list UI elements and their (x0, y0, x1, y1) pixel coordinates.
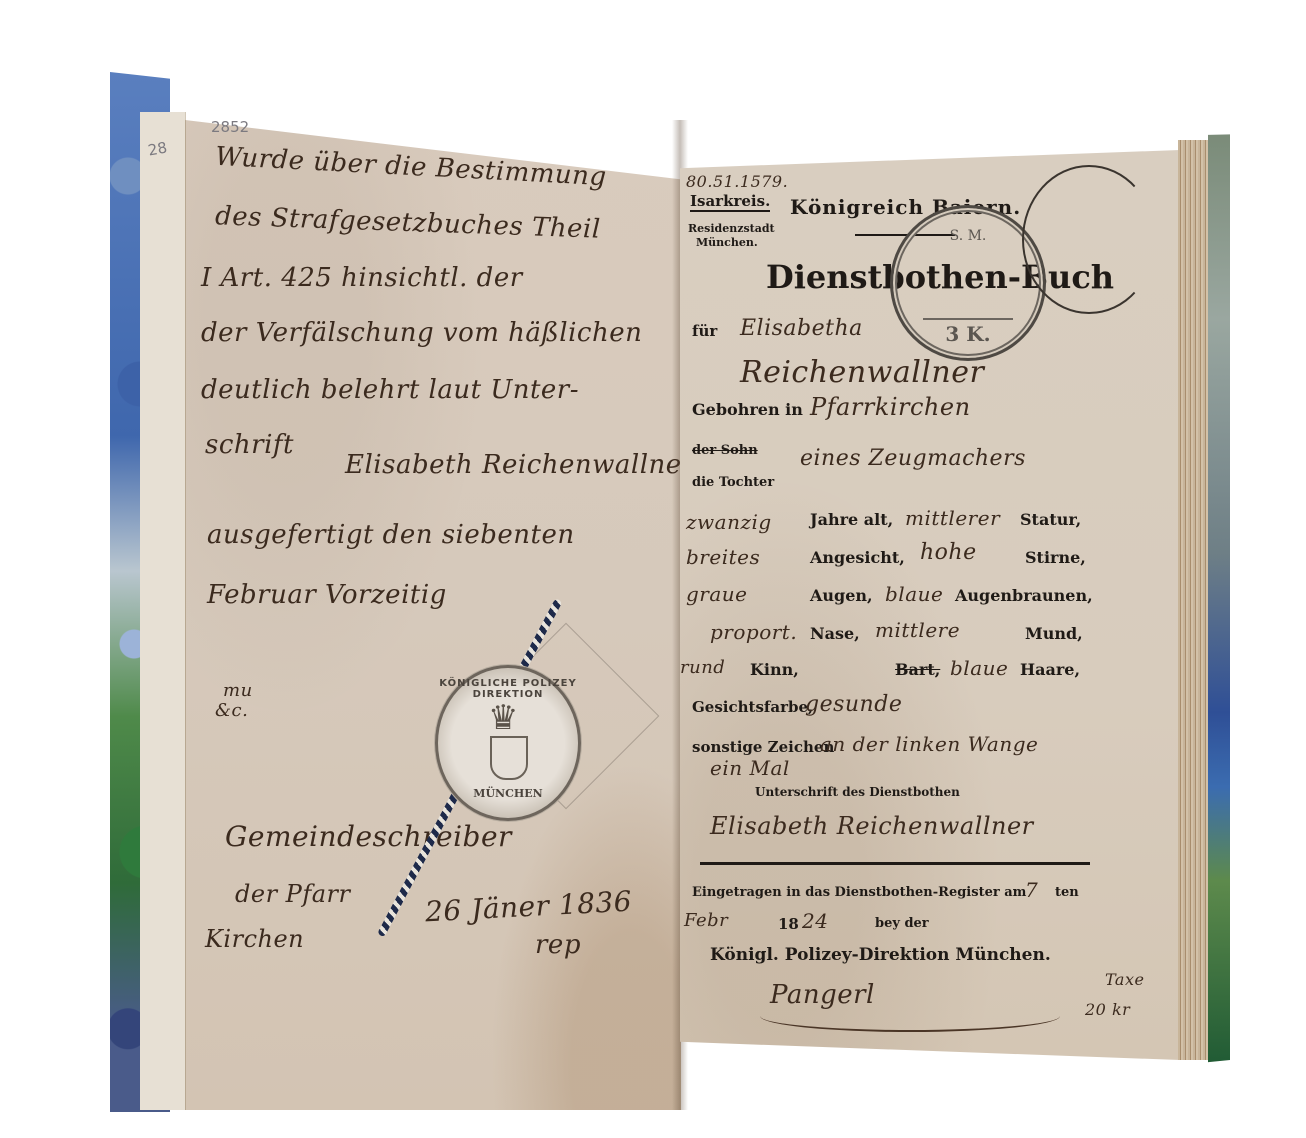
stature-label: Statur, (1020, 510, 1081, 529)
small-mark-1: mu (223, 680, 253, 701)
stature-value: mittlerer (905, 506, 1000, 530)
mouth-value: mittlere (875, 618, 960, 642)
face-value: breites (686, 545, 760, 569)
nose-value: proport. (710, 620, 797, 644)
handwriting-line-6: schrift (205, 430, 294, 460)
face-label: Angesicht, (810, 548, 905, 567)
signature-flourish (760, 1000, 1060, 1032)
registry-day-suffix: ten (1055, 885, 1079, 900)
first-name-value: Elisabetha (740, 316, 863, 341)
forehead-value: hohe (920, 540, 977, 565)
city-line-1: Residenzstadt (688, 222, 775, 235)
servant-signature-value: Elisabeth Reichenwallner (710, 812, 1034, 840)
registry-day: 7 (1025, 878, 1038, 902)
corner-note-2: 20 kr (1085, 1000, 1130, 1019)
crown-icon: ♛ (488, 698, 518, 738)
authority-line: Königl. Polizey-Direktion München. (710, 945, 1051, 965)
handwriting-line-9: Februar Vorzeitig (207, 580, 447, 610)
flyleaf (140, 112, 186, 1110)
chin-label: Kinn, (750, 660, 799, 679)
handwriting-line-5: deutlich belehrt laut Unter- (201, 375, 579, 405)
signature-line-2: der Pfarr (235, 880, 350, 908)
small-mark-2: &c. (215, 700, 248, 721)
marks-value-2: ein Mal (710, 756, 790, 780)
seal-city-text: MÜNCHEN (438, 787, 578, 800)
beard-label: Bart, (895, 660, 940, 679)
handwriting-line-2: des Strafgesetzbuches Theil (215, 201, 601, 244)
son-label: der Sohn (692, 443, 758, 458)
born-value: Pfarrkirchen (810, 393, 971, 421)
signature-line-3: Kirchen (205, 925, 304, 953)
age-label: Jahre alt, (810, 510, 893, 529)
eyes-value: graue (686, 582, 748, 606)
handwriting-line-8: ausgefertigt den siebenten (207, 520, 575, 550)
hair-value: blaue (950, 656, 1008, 680)
page-block-edge (1178, 140, 1208, 1060)
hair-label: Haare, (1020, 660, 1080, 679)
district-label: Isarkreis. (690, 192, 770, 212)
tax-stamp-value: 3 K. (923, 318, 1013, 346)
age-value: zwanzig (686, 510, 772, 534)
city-line-2: München. (696, 236, 758, 249)
eyes-label: Augen, (810, 586, 873, 605)
surname-value: Reichenwallner (740, 355, 984, 390)
for-label: für (692, 322, 717, 340)
handwriting-signature-name: Elisabeth Reichenwallner (345, 450, 695, 480)
registry-by: bey der (875, 916, 929, 931)
registry-month: Febr (684, 910, 728, 931)
pencil-number: 2852 (211, 118, 249, 136)
tax-stamp-initials: S. M. (893, 228, 1043, 244)
registry-year-suffix: 24 (802, 909, 828, 933)
parent-value: eines Zeugmachers (800, 446, 1026, 471)
section-divider (700, 862, 1090, 865)
handwriting-line-1: Wurde über die Bestimmung (214, 142, 607, 192)
left-page-date: 26 Jäner 1836 (424, 885, 633, 929)
registry-year-prefix: 18 (778, 915, 799, 933)
bavarian-shield-icon (490, 736, 528, 780)
pencil-margin-number: 28 (147, 138, 169, 159)
empty-stamp-circle (1022, 165, 1156, 314)
nose-label: Nase, (810, 624, 860, 643)
marks-value-1: an der linken Wange (820, 732, 1038, 756)
marbled-cover-right (1208, 132, 1230, 1068)
chin-value: rund (680, 657, 725, 678)
mouth-label: Mund, (1025, 624, 1083, 643)
signature-line-1: Gemeindeschreiber (225, 820, 512, 853)
brows-value: blaue (885, 582, 943, 606)
handwriting-line-4: der Verfälschung vom häßlichen (201, 318, 642, 348)
complexion-value: gesunde (805, 692, 902, 717)
forehead-label: Stirne, (1025, 548, 1086, 567)
left-page-content: 2852 Wurde über die Bestimmung des Straf… (185, 120, 680, 1110)
born-label: Gebohren in (692, 400, 803, 419)
registry-text: Eingetragen in das Dienstbothen-Register… (692, 885, 1026, 900)
marks-label: sonstige Zeichen (692, 738, 834, 756)
complexion-label: Gesichtsfarbe, (692, 698, 813, 716)
seal-ring-text: KÖNIGLICHE POLIZEY DIREKTION (438, 678, 578, 700)
corner-note-1: Taxe (1105, 970, 1144, 989)
left-page-date-note: rep (535, 930, 581, 960)
servant-signature-label: Unterschrift des Dienstbothen (755, 785, 960, 799)
handwriting-line-3: I Art. 425 hinsichtl. der (201, 263, 523, 293)
registry-number: 80.51.1579. (686, 172, 788, 191)
police-seal: KÖNIGLICHE POLIZEY DIREKTION ♛ MÜNCHEN (435, 665, 581, 821)
daughter-label: die Tochter (692, 475, 774, 490)
brows-label: Augenbraunen, (955, 586, 1093, 605)
